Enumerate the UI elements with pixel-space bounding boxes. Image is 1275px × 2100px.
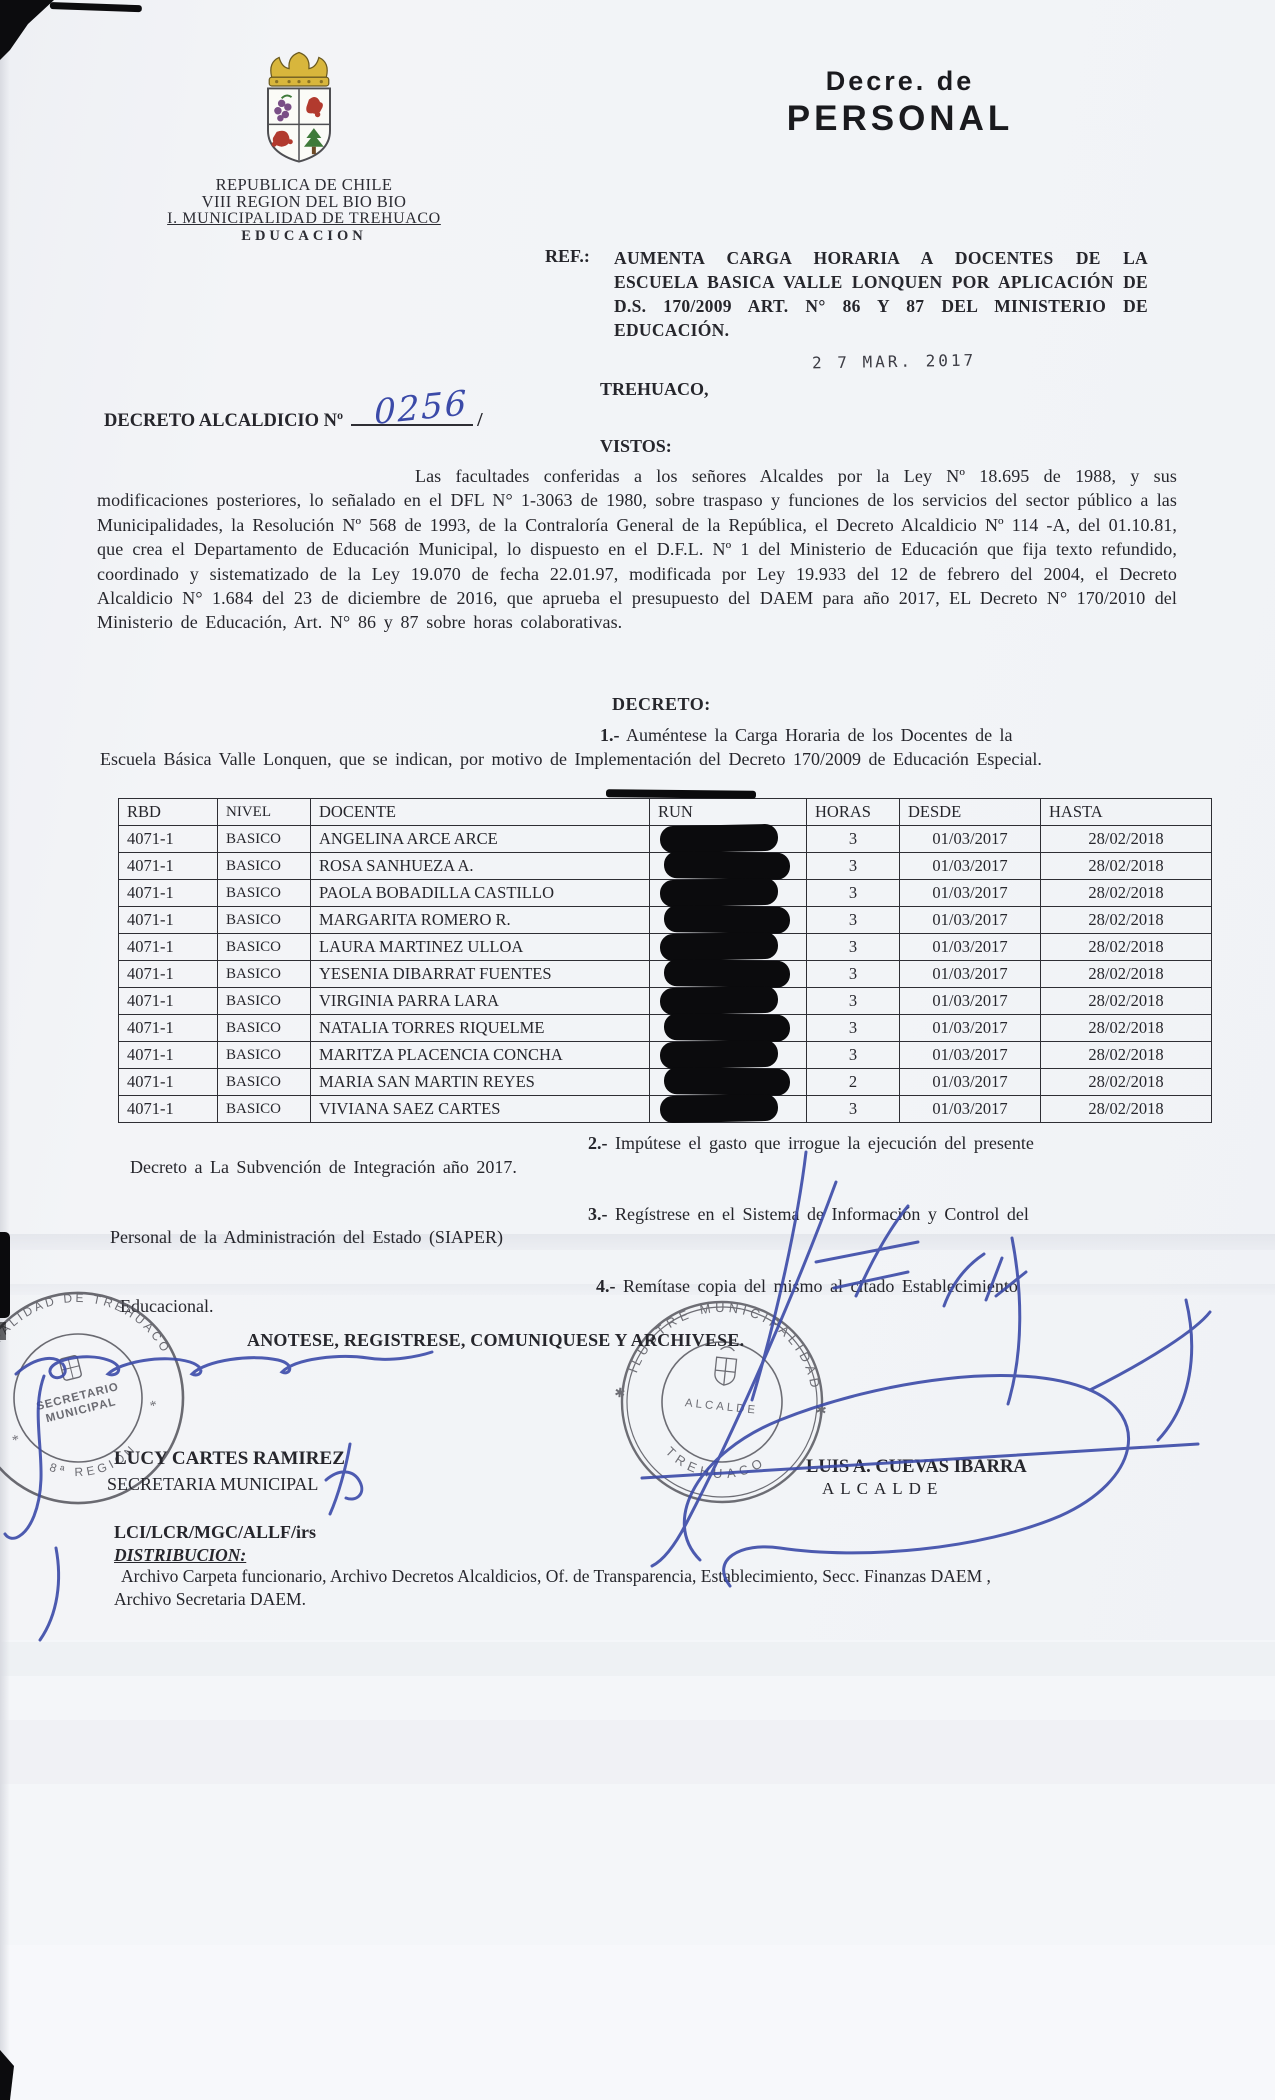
cell-run xyxy=(650,880,807,907)
cell-desde: 01/03/2017 xyxy=(900,1042,1041,1069)
distribution-line2: Archivo Secretaria DAEM. xyxy=(114,1589,306,1610)
date-rubber-stamp: 2 7 MAR. 2017 xyxy=(812,351,977,373)
table-row: 4071-1BASICOVIRGINIA PARRA LARA301/03/20… xyxy=(119,988,1212,1015)
cell-nivel: BASICO xyxy=(218,826,311,853)
cell-desde: 01/03/2017 xyxy=(900,1069,1041,1096)
col-header-rbd: RBD xyxy=(119,799,218,826)
cell-hasta: 28/02/2018 xyxy=(1041,880,1212,907)
scan-artifact-left xyxy=(0,1322,6,1340)
cell-docente: ANGELINA ARCE ARCE xyxy=(311,826,650,853)
cell-rbd: 4071-1 xyxy=(119,961,218,988)
cell-rbd: 4071-1 xyxy=(119,934,218,961)
cell-hasta: 28/02/2018 xyxy=(1041,961,1212,988)
cell-nivel: BASICO xyxy=(218,1069,311,1096)
vistos-paragraph: Las facultades conferidas a los señores … xyxy=(97,464,1177,635)
item2-line1: 2.- Impútese el gasto que irrogue la eje… xyxy=(588,1132,1034,1155)
run-redaction xyxy=(664,1013,790,1042)
cell-horas: 3 xyxy=(807,826,900,853)
run-redaction xyxy=(660,877,779,906)
col-header-nivel: NIVEL xyxy=(218,799,311,826)
cell-docente: YESENIA DIBARRAT FUENTES xyxy=(311,961,650,988)
cell-docente: MARITZA PLACENCIA CONCHA xyxy=(311,1042,650,1069)
cell-run xyxy=(650,1069,807,1096)
item2-lead: 2.- xyxy=(588,1133,608,1153)
docentes-table: RBDNIVELDOCENTERUNHORASDESDEHASTA 4071-1… xyxy=(118,798,1212,1123)
scan-band xyxy=(0,1720,1275,1784)
table-row: 4071-1BASICOLAURA MARTINEZ ULLOA301/03/2… xyxy=(119,934,1212,961)
run-redaction xyxy=(660,985,779,1014)
cell-run xyxy=(650,853,807,880)
cell-run xyxy=(650,934,807,961)
cell-desde: 01/03/2017 xyxy=(900,907,1041,934)
cell-horas: 3 xyxy=(807,961,900,988)
distribution-label: DISTRIBUCION: xyxy=(114,1545,246,1566)
cell-run xyxy=(650,1015,807,1042)
secretaria-name: LUCY CARTES RAMIREZ xyxy=(114,1448,345,1470)
letterhead-department: EDUCACION xyxy=(128,228,480,245)
cell-horas: 3 xyxy=(807,1042,900,1069)
cell-rbd: 4071-1 xyxy=(119,880,218,907)
col-header-desde: DESDE xyxy=(900,799,1041,826)
scan-edge-shadow xyxy=(0,0,10,2100)
cell-nivel: BASICO xyxy=(218,988,311,1015)
letterhead-municipality: I. MUNICIPALIDAD DE TREHUACO xyxy=(128,210,480,227)
table-row: 4071-1BASICOPAOLA BOBADILLA CASTILLO301/… xyxy=(119,880,1212,907)
cell-nivel: BASICO xyxy=(218,961,311,988)
col-header-hasta: HASTA xyxy=(1041,799,1212,826)
cell-desde: 01/03/2017 xyxy=(900,826,1041,853)
cell-docente: MARIA SAN MARTIN REYES xyxy=(311,1069,650,1096)
run-redaction xyxy=(660,931,779,960)
run-redaction xyxy=(660,823,779,852)
right-stamp-star: ✱ xyxy=(614,1385,627,1401)
left-stamp-star: * xyxy=(11,1433,21,1449)
place-line: TREHUACO, xyxy=(600,379,709,400)
distribution-line1: Archivo Carpeta funcionario, Archivo Dec… xyxy=(121,1566,1191,1587)
col-header-run: RUN xyxy=(650,799,807,826)
cell-docente: NATALIA TORRES RIQUELME xyxy=(311,1015,650,1042)
cell-hasta: 28/02/2018 xyxy=(1041,826,1212,853)
run-redaction xyxy=(664,1067,790,1096)
cell-run xyxy=(650,1096,807,1123)
alcalde-signature xyxy=(1158,1300,1192,1440)
cell-nivel: BASICO xyxy=(218,907,311,934)
personal-stamp-line2: PERSONAL xyxy=(766,99,1034,139)
scan-artifact-corner xyxy=(0,0,170,80)
item1-lead: 1.- xyxy=(600,725,620,745)
cell-horas: 3 xyxy=(807,880,900,907)
item2-text: Impútese el gasto que irrogue la ejecuci… xyxy=(615,1133,1034,1153)
cell-hasta: 28/02/2018 xyxy=(1041,907,1212,934)
run-redaction xyxy=(664,851,790,880)
cell-rbd: 4071-1 xyxy=(119,853,218,880)
table-row: 4071-1BASICOVIVIANA SAEZ CARTES301/03/20… xyxy=(119,1096,1212,1123)
municipal-coat-of-arms xyxy=(243,50,355,174)
decreto-label: DECRETO: xyxy=(612,694,711,715)
left-stamp-ring-top: MUNICIPALIDAD DE TREHUACO xyxy=(0,1269,174,1404)
right-stamp-center: ALCALDE xyxy=(684,1397,758,1417)
alcalde-signature xyxy=(1008,1238,1020,1404)
cell-hasta: 28/02/2018 xyxy=(1041,988,1212,1015)
cell-docente: MARGARITA ROMERO R. xyxy=(311,907,650,934)
item3-text: Regístrese en el Sistema de Información … xyxy=(615,1204,1029,1224)
cell-nivel: BASICO xyxy=(218,934,311,961)
col-header-docente: DOCENTE xyxy=(311,799,650,826)
table-row: 4071-1BASICOMARIA SAN MARTIN REYES201/03… xyxy=(119,1069,1212,1096)
decree-label: DECRETO ALCALDICIO Nº xyxy=(104,411,343,431)
cell-hasta: 28/02/2018 xyxy=(1041,853,1212,880)
table-header-row: RBDNIVELDOCENTERUNHORASDESDEHASTA xyxy=(119,799,1212,826)
cell-hasta: 28/02/2018 xyxy=(1041,934,1212,961)
cell-run xyxy=(650,826,807,853)
cell-hasta: 28/02/2018 xyxy=(1041,1042,1212,1069)
ref-label: REF.: xyxy=(545,246,590,267)
cell-desde: 01/03/2017 xyxy=(900,880,1041,907)
secretaria-title: SECRETARIA MUNICIPAL xyxy=(107,1474,318,1495)
cell-run xyxy=(650,1042,807,1069)
item3-line1: 3.- Regístrese en el Sistema de Informac… xyxy=(588,1203,1029,1226)
svg-text:MUNICIPALIDAD DE TREHUACO: MUNICIPALIDAD DE TREHUACO xyxy=(0,1269,174,1404)
cell-rbd: 4071-1 xyxy=(119,1069,218,1096)
cell-rbd: 4071-1 xyxy=(119,1096,218,1123)
cell-rbd: 4071-1 xyxy=(119,907,218,934)
cell-nivel: BASICO xyxy=(218,853,311,880)
item2-line2: Decreto a La Subvención de Integración a… xyxy=(130,1156,517,1179)
cell-nivel: BASICO xyxy=(218,880,311,907)
cell-horas: 2 xyxy=(807,1069,900,1096)
right-stamp-star: ✱ xyxy=(815,1402,828,1418)
cell-run xyxy=(650,988,807,1015)
scan-artifact-left xyxy=(0,1232,10,1318)
table-row: 4071-1BASICOYESENIA DIBARRAT FUENTES301/… xyxy=(119,961,1212,988)
right-stamp-ring-bottom: TREHUACO xyxy=(661,1443,771,1487)
responsibility-initials: LCI/LCR/MGC/ALLF/irs xyxy=(114,1522,316,1543)
cell-rbd: 4071-1 xyxy=(119,1015,218,1042)
cell-rbd: 4071-1 xyxy=(119,988,218,1015)
ref-text: AUMENTA CARGA HORARIA A DOCENTES DE LA E… xyxy=(614,246,1148,342)
cell-hasta: 28/02/2018 xyxy=(1041,1096,1212,1123)
cell-desde: 01/03/2017 xyxy=(900,961,1041,988)
run-redaction xyxy=(660,1093,779,1122)
cell-horas: 3 xyxy=(807,907,900,934)
cell-docente: VIVIANA SAEZ CARTES xyxy=(311,1096,650,1123)
cell-nivel: BASICO xyxy=(218,1015,311,1042)
cell-nivel: BASICO xyxy=(218,1042,311,1069)
cell-desde: 01/03/2017 xyxy=(900,1096,1041,1123)
item1-line1: 1.- Auméntese la Carga Horaria de los Do… xyxy=(600,724,1013,747)
cell-desde: 01/03/2017 xyxy=(900,1015,1041,1042)
docentes-table-body: 4071-1BASICOANGELINA ARCE ARCE301/03/201… xyxy=(119,826,1212,1123)
cell-horas: 3 xyxy=(807,853,900,880)
cell-run xyxy=(650,961,807,988)
table-row: 4071-1BASICOMARITZA PLACENCIA CONCHA301/… xyxy=(119,1042,1212,1069)
scan-artifact-bar xyxy=(606,789,756,799)
cell-desde: 01/03/2017 xyxy=(900,853,1041,880)
cell-hasta: 28/02/2018 xyxy=(1041,1069,1212,1096)
cell-horas: 3 xyxy=(807,988,900,1015)
letterhead-country: REPUBLICA DE CHILE xyxy=(128,176,480,193)
vistos-label: VISTOS: xyxy=(600,436,672,457)
cell-nivel: BASICO xyxy=(218,1096,311,1123)
alcalde-signature xyxy=(1090,1312,1210,1390)
cell-docente: ROSA SANHUEZA A. xyxy=(311,853,650,880)
left-stamp-star: * xyxy=(149,1398,159,1414)
item1-continuation: Escuela Básica Valle Lonquen, que se ind… xyxy=(100,747,1178,771)
cell-docente: PAOLA BOBADILLA CASTILLO xyxy=(311,880,650,907)
cell-rbd: 4071-1 xyxy=(119,826,218,853)
personal-rubber-stamp: Decre. de PERSONAL xyxy=(766,66,1034,139)
closing-formula: ANOTESE, REGISTRESE, COMUNIQUESE Y ARCHI… xyxy=(247,1330,744,1351)
scan-artifact-bottomleft xyxy=(0,2040,24,2100)
run-redaction xyxy=(664,959,790,988)
cell-docente: LAURA MARTINEZ ULLOA xyxy=(311,934,650,961)
cell-desde: 01/03/2017 xyxy=(900,934,1041,961)
personal-stamp-line1: Decre. de xyxy=(766,66,1034,97)
run-redaction xyxy=(660,1039,779,1068)
alcalde-name: LUIS A. CUEVAS IBARRA xyxy=(806,1457,1027,1478)
letterhead: REPUBLICA DE CHILE VIII REGION DEL BIO B… xyxy=(128,176,480,245)
item1-text: Auméntese la Carga Horaria de los Docent… xyxy=(626,725,1013,745)
table-row: 4071-1BASICONATALIA TORRES RIQUELME301/0… xyxy=(119,1015,1212,1042)
table-row: 4071-1BASICOANGELINA ARCE ARCE301/03/201… xyxy=(119,826,1212,853)
alcalde-round-stamp: ILUSTRE MUNICIPALIDAD TREHUACO ALCALDE ✱… xyxy=(535,1215,909,1589)
letterhead-region: VIII REGION DEL BIO BIO xyxy=(128,193,480,210)
scan-band xyxy=(0,1642,1275,1676)
cell-desde: 01/03/2017 xyxy=(900,988,1041,1015)
run-redaction xyxy=(664,905,790,934)
table-row: 4071-1BASICOMARGARITA ROMERO R.301/03/20… xyxy=(119,907,1212,934)
scanned-document-page: REPUBLICA DE CHILE VIII REGION DEL BIO B… xyxy=(0,0,1275,2100)
cell-run xyxy=(650,907,807,934)
alcalde-title: ALCALDE xyxy=(822,1479,943,1499)
col-header-horas: HORAS xyxy=(807,799,900,826)
cell-rbd: 4071-1 xyxy=(119,1042,218,1069)
svg-text:TREHUACO: TREHUACO xyxy=(661,1443,771,1487)
table-row: 4071-1BASICOROSA SANHUEZA A.301/03/20172… xyxy=(119,853,1212,880)
decree-slash: / xyxy=(477,409,483,431)
cell-horas: 3 xyxy=(807,934,900,961)
cell-hasta: 28/02/2018 xyxy=(1041,1015,1212,1042)
cell-docente: VIRGINIA PARRA LARA xyxy=(311,988,650,1015)
scan-band xyxy=(0,1945,1275,2100)
cell-horas: 3 xyxy=(807,1096,900,1123)
cell-horas: 3 xyxy=(807,1015,900,1042)
